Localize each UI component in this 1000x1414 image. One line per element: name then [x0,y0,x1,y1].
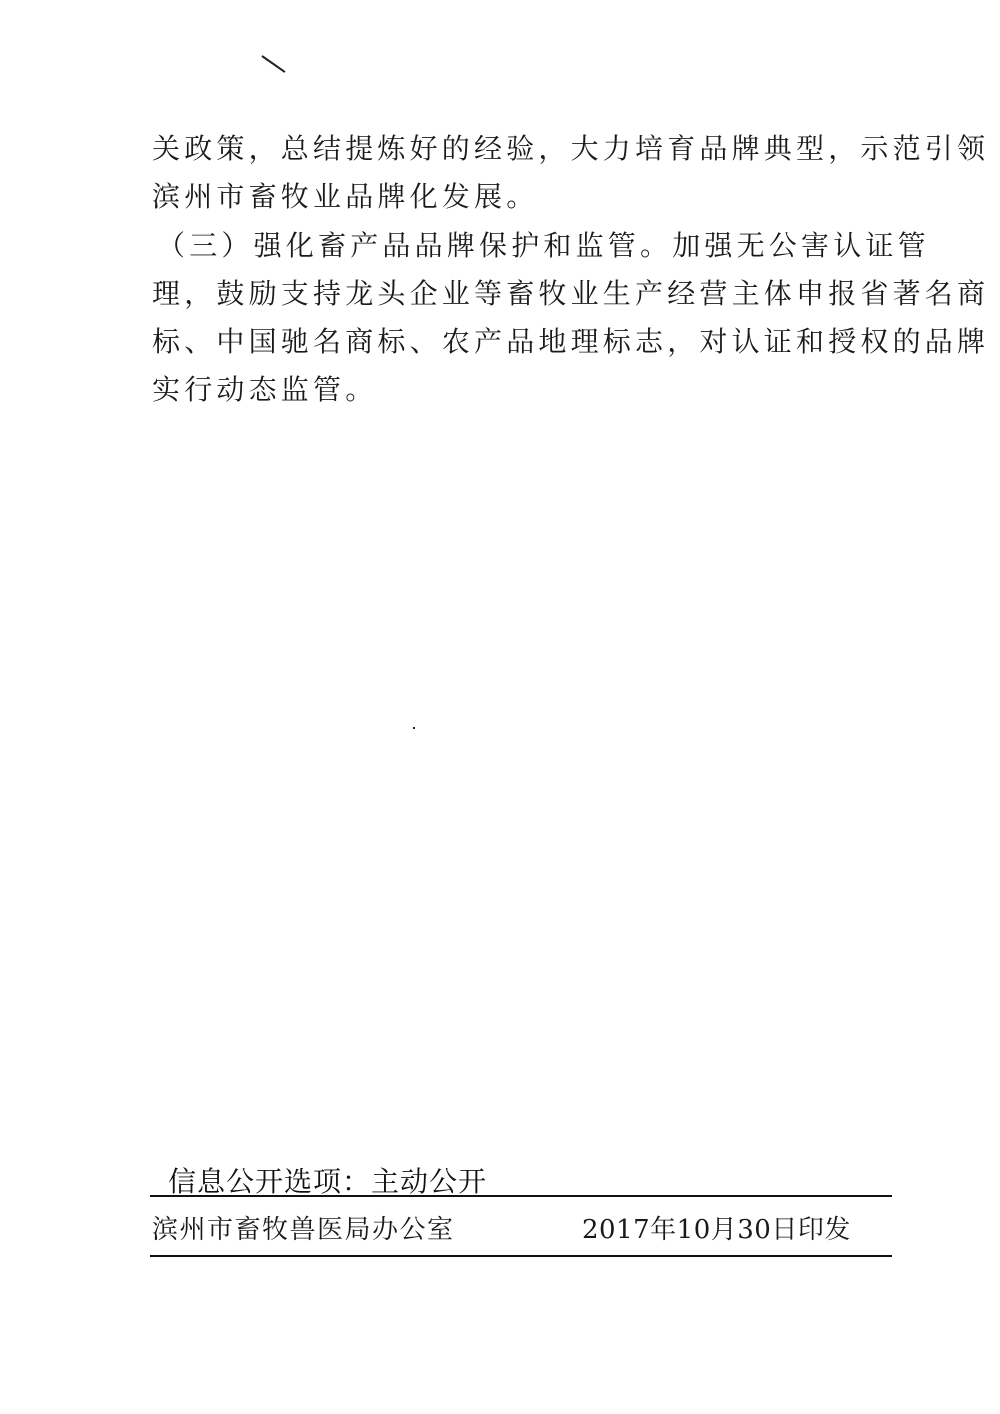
footer-rule-top [150,1195,892,1197]
text-line: 理，鼓励支持龙头企业等畜牧业生产经营主体申报省著名商 [152,270,852,318]
text-line: 关政策，总结提炼好的经验，大力培育品牌典型，示范引领 [152,125,852,173]
footer-rule-bottom [150,1255,892,1257]
issue-date: 2017年10月30日印发 [582,1209,851,1246]
issuer-name: 滨州市畜牧兽医局办公室 [152,1209,455,1246]
disclosure-option: 信息公开选项：主动公开 [168,1160,487,1200]
paragraph-section-3: （三）强化畜产品品牌保护和监管。加强无公害认证管 理，鼓励支持龙头企业等畜牧业生… [152,222,852,414]
paragraph-continuation: 关政策，总结提炼好的经验，大力培育品牌典型，示范引领 滨州市畜牧业品牌化发展。 [152,125,852,221]
stray-mark [261,55,285,73]
stray-dot [413,727,415,729]
text-line: 实行动态监管。 [152,366,852,414]
text-line: 标、中国驰名商标、农产品地理标志，对认证和授权的品牌 [152,318,852,366]
text-line: （三）强化畜产品品牌保护和监管。加强无公害认证管 [152,222,852,270]
text-line: 滨州市畜牧业品牌化发展。 [152,173,852,221]
